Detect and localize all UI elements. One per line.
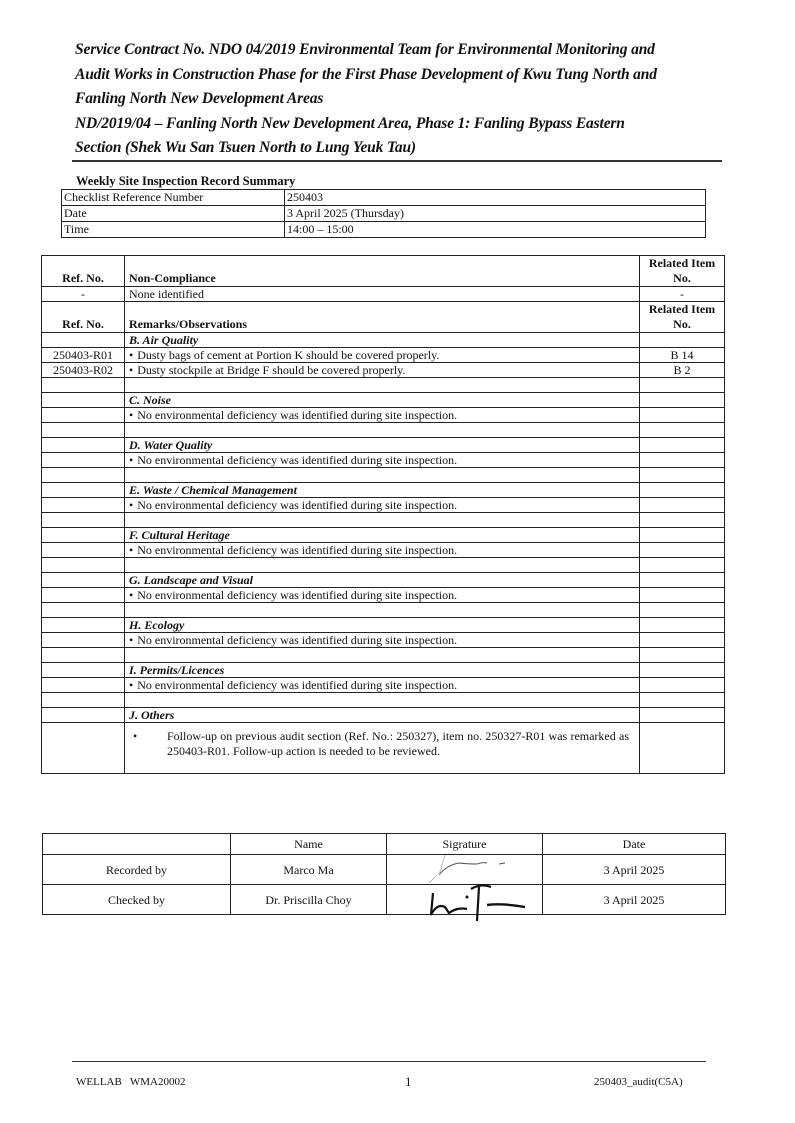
remark-text: No environmental deficiency was identifi…	[137, 588, 457, 602]
bullet-icon: •	[129, 408, 133, 422]
remarks-header: Remarks/Observations	[125, 302, 640, 333]
footer-left: WELLAB WMA20002	[76, 1076, 185, 1088]
ref-cell	[42, 453, 125, 468]
others-row: •Follow-up on previous audit section (Re…	[42, 723, 725, 774]
related-cell	[640, 483, 725, 498]
signoff-header-row: Name Sigrature Date	[43, 834, 726, 855]
related-header: Related Item No.	[640, 302, 725, 333]
related-cell	[640, 588, 725, 603]
ref-cell: -	[42, 287, 125, 302]
ref-header: Ref. No.	[42, 256, 125, 287]
ref-cell	[42, 333, 125, 348]
remark-cell: •No environmental deficiency was identif…	[125, 678, 640, 693]
related-cell	[640, 438, 725, 453]
ref-cell	[42, 588, 125, 603]
signoff-date: 3 April 2025	[543, 855, 726, 885]
bullet-icon: •	[129, 633, 133, 647]
ref-header: Ref. No.	[42, 302, 125, 333]
header-line: Service Contract No. NDO 04/2019 Environ…	[75, 38, 715, 63]
ref-cell: 250403-R02	[42, 363, 125, 378]
related-header: Related Item No.	[640, 256, 725, 287]
summary-title: Weekly Site Inspection Record Summary	[76, 174, 295, 189]
ref-cell	[42, 393, 125, 408]
remark-text: No environmental deficiency was identifi…	[137, 543, 457, 557]
related-cell	[640, 408, 725, 423]
others-content: •Follow-up on previous audit section (Re…	[129, 723, 635, 759]
ref-cell	[42, 723, 125, 774]
related-cell	[640, 678, 725, 693]
related-cell	[640, 543, 725, 558]
related-cell	[640, 498, 725, 513]
remark-cell	[125, 513, 640, 528]
ref-cell	[42, 408, 125, 423]
blank-row	[42, 603, 725, 618]
signature-marco-icon	[387, 855, 540, 883]
signoff-date: 3 April 2025	[543, 885, 726, 915]
bullet-icon: •	[129, 348, 133, 362]
remark-text: Dusty bags of cement at Portion K should…	[137, 348, 439, 362]
remark-row: •No environmental deficiency was identif…	[42, 543, 725, 558]
summary-table: Checklist Reference Number 250403 Date 3…	[61, 189, 706, 238]
section-title: G. Landscape and Visual	[125, 573, 640, 588]
remark-cell: •No environmental deficiency was identif…	[125, 633, 640, 648]
remark-cell: •No environmental deficiency was identif…	[125, 498, 640, 513]
ref-cell	[42, 678, 125, 693]
remarks-header-row: Ref. No. Remarks/Observations Related It…	[42, 302, 725, 333]
remark-cell	[125, 423, 640, 438]
document-header: Service Contract No. NDO 04/2019 Environ…	[75, 38, 715, 161]
section-title-row: I. Permits/Licences	[42, 663, 725, 678]
ref-cell	[42, 573, 125, 588]
header-divider	[72, 160, 722, 162]
ref-cell	[42, 618, 125, 633]
ref-cell	[42, 558, 125, 573]
remark-text: No environmental deficiency was identifi…	[137, 498, 457, 512]
ref-cell	[42, 633, 125, 648]
ref-cell	[42, 663, 125, 678]
blank-row	[42, 693, 725, 708]
ref-cell	[42, 603, 125, 618]
remark-cell: •No environmental deficiency was identif…	[125, 453, 640, 468]
remark-row: 250403-R01•Dusty bags of cement at Porti…	[42, 348, 725, 363]
header-line: Section (Shek Wu San Tsuen North to Lung…	[75, 136, 715, 161]
related-cell	[640, 453, 725, 468]
section-title-row: G. Landscape and Visual	[42, 573, 725, 588]
blank-row	[42, 423, 725, 438]
related-cell	[640, 708, 725, 723]
noncompliance-cell: None identified	[125, 287, 640, 302]
related-cell: -	[640, 287, 725, 302]
remark-text: No environmental deficiency was identifi…	[137, 408, 457, 422]
related-cell: B 2	[640, 363, 725, 378]
signoff-header: Date	[543, 834, 726, 855]
remark-cell: •Dusty stockpile at Bridge F should be c…	[125, 363, 640, 378]
ref-cell	[42, 423, 125, 438]
summary-value: 250403	[285, 190, 706, 206]
signoff-name: Marco Ma	[231, 855, 387, 885]
remark-cell	[125, 693, 640, 708]
section-title: F. Cultural Heritage	[125, 528, 640, 543]
remark-cell: •Dusty bags of cement at Portion K shoul…	[125, 348, 640, 363]
related-cell	[640, 513, 725, 528]
remark-row: •No environmental deficiency was identif…	[42, 588, 725, 603]
footer-right: 250403_audit(C5A)	[594, 1076, 683, 1088]
related-cell	[640, 618, 725, 633]
related-cell	[640, 378, 725, 393]
related-cell	[640, 423, 725, 438]
remark-row: •No environmental deficiency was identif…	[42, 498, 725, 513]
section-title-row: C. Noise	[42, 393, 725, 408]
section-title: D. Water Quality	[125, 438, 640, 453]
signoff-header: Sigrature	[387, 834, 543, 855]
noncompliance-header: Non-Compliance	[125, 256, 640, 287]
related-cell: B 14	[640, 348, 725, 363]
remark-row: •No environmental deficiency was identif…	[42, 678, 725, 693]
signoff-row: Recorded by Marco Ma 3 April 2025	[43, 855, 726, 885]
blank-row	[42, 468, 725, 483]
summary-value: 14:00 – 15:00	[285, 222, 706, 238]
section-title: H. Ecology	[125, 618, 640, 633]
remark-row: •No environmental deficiency was identif…	[42, 633, 725, 648]
signoff-name: Dr. Priscilla Choy	[231, 885, 387, 915]
section-title-row: E. Waste / Chemical Management	[42, 483, 725, 498]
section-title: J. Others	[125, 708, 640, 723]
page-number: 1	[405, 1074, 412, 1090]
ref-cell	[42, 483, 125, 498]
bullet-icon: •	[129, 453, 133, 467]
bullet-icon: •	[129, 498, 133, 512]
ref-cell	[42, 498, 125, 513]
summary-label: Checklist Reference Number	[62, 190, 285, 206]
summary-value: 3 April 2025 (Thursday)	[285, 206, 706, 222]
section-title: I. Permits/Licences	[125, 663, 640, 678]
section-title-row: B. Air Quality	[42, 333, 725, 348]
remark-cell	[125, 648, 640, 663]
section-title-row: D. Water Quality	[42, 438, 725, 453]
summary-row: Date 3 April 2025 (Thursday)	[62, 206, 706, 222]
ref-cell	[42, 648, 125, 663]
remark-text: Dusty stockpile at Bridge F should be co…	[137, 363, 405, 377]
blank-row	[42, 648, 725, 663]
others-text: Follow-up on previous audit section (Ref…	[167, 729, 629, 759]
ref-cell	[42, 438, 125, 453]
signoff-row: Checked by Dr. Priscilla Choy 3 April 20…	[43, 885, 726, 915]
header-line: Audit Works in Construction Phase for th…	[75, 63, 715, 88]
signoff-table: Name Sigrature Date Recorded by Marco Ma…	[42, 833, 726, 915]
remark-cell: •No environmental deficiency was identif…	[125, 543, 640, 558]
signoff-header: Name	[231, 834, 387, 855]
remark-cell	[125, 468, 640, 483]
signature-cell	[387, 885, 543, 915]
noncompliance-row: - None identified -	[42, 287, 725, 302]
related-cell	[640, 648, 725, 663]
bullet-icon: •	[129, 588, 133, 602]
bullet-icon: •	[129, 363, 133, 377]
summary-label: Time	[62, 222, 285, 238]
bullet-icon: •	[129, 543, 133, 557]
bullet-icon: •	[133, 729, 167, 759]
blank-row	[42, 513, 725, 528]
section-title: B. Air Quality	[125, 333, 640, 348]
section-title: E. Waste / Chemical Management	[125, 483, 640, 498]
ref-cell	[42, 468, 125, 483]
remark-row: •No environmental deficiency was identif…	[42, 408, 725, 423]
blank-row	[42, 378, 725, 393]
section-title-row: F. Cultural Heritage	[42, 528, 725, 543]
related-cell	[640, 603, 725, 618]
summary-row: Time 14:00 – 15:00	[62, 222, 706, 238]
signature-cell	[387, 855, 543, 885]
related-cell	[640, 528, 725, 543]
related-cell	[640, 468, 725, 483]
inspection-table: Ref. No. Non-Compliance Related Item No.…	[41, 255, 725, 774]
remark-text: No environmental deficiency was identifi…	[137, 633, 457, 647]
section-title-row: H. Ecology	[42, 618, 725, 633]
ref-cell: 250403-R01	[42, 348, 125, 363]
remark-cell	[125, 378, 640, 393]
remark-row: 250403-R02•Dusty stockpile at Bridge F s…	[42, 363, 725, 378]
related-cell	[640, 633, 725, 648]
blank-row	[42, 558, 725, 573]
remark-text: No environmental deficiency was identifi…	[137, 678, 457, 692]
remark-cell: •No environmental deficiency was identif…	[125, 588, 640, 603]
signoff-header	[43, 834, 231, 855]
signoff-role: Checked by	[43, 885, 231, 915]
header-line: ND/2019/04 – Fanling North New Developme…	[75, 112, 715, 137]
header-line: Fanling North New Development Areas	[75, 87, 715, 112]
remark-cell	[125, 558, 640, 573]
section-title: C. Noise	[125, 393, 640, 408]
noncompliance-header-row: Ref. No. Non-Compliance Related Item No.	[42, 256, 725, 287]
summary-label: Date	[62, 206, 285, 222]
bullet-icon: •	[129, 678, 133, 692]
ref-cell	[42, 693, 125, 708]
related-cell	[640, 393, 725, 408]
ref-cell	[42, 528, 125, 543]
others-cell: •Follow-up on previous audit section (Re…	[125, 723, 640, 774]
ref-cell	[42, 513, 125, 528]
footer-divider	[72, 1061, 706, 1062]
ref-cell	[42, 708, 125, 723]
remark-text: No environmental deficiency was identifi…	[137, 453, 457, 467]
related-cell	[640, 573, 725, 588]
remark-cell: •No environmental deficiency was identif…	[125, 408, 640, 423]
remark-row: •No environmental deficiency was identif…	[42, 453, 725, 468]
related-cell	[640, 333, 725, 348]
related-cell	[640, 693, 725, 708]
remark-cell	[125, 603, 640, 618]
signature-choy-icon	[387, 885, 540, 925]
related-cell	[640, 723, 725, 774]
ref-cell	[42, 378, 125, 393]
summary-row: Checklist Reference Number 250403	[62, 190, 706, 206]
section-title-row: J. Others	[42, 708, 725, 723]
related-cell	[640, 663, 725, 678]
signoff-role: Recorded by	[43, 855, 231, 885]
related-cell	[640, 558, 725, 573]
ref-cell	[42, 543, 125, 558]
